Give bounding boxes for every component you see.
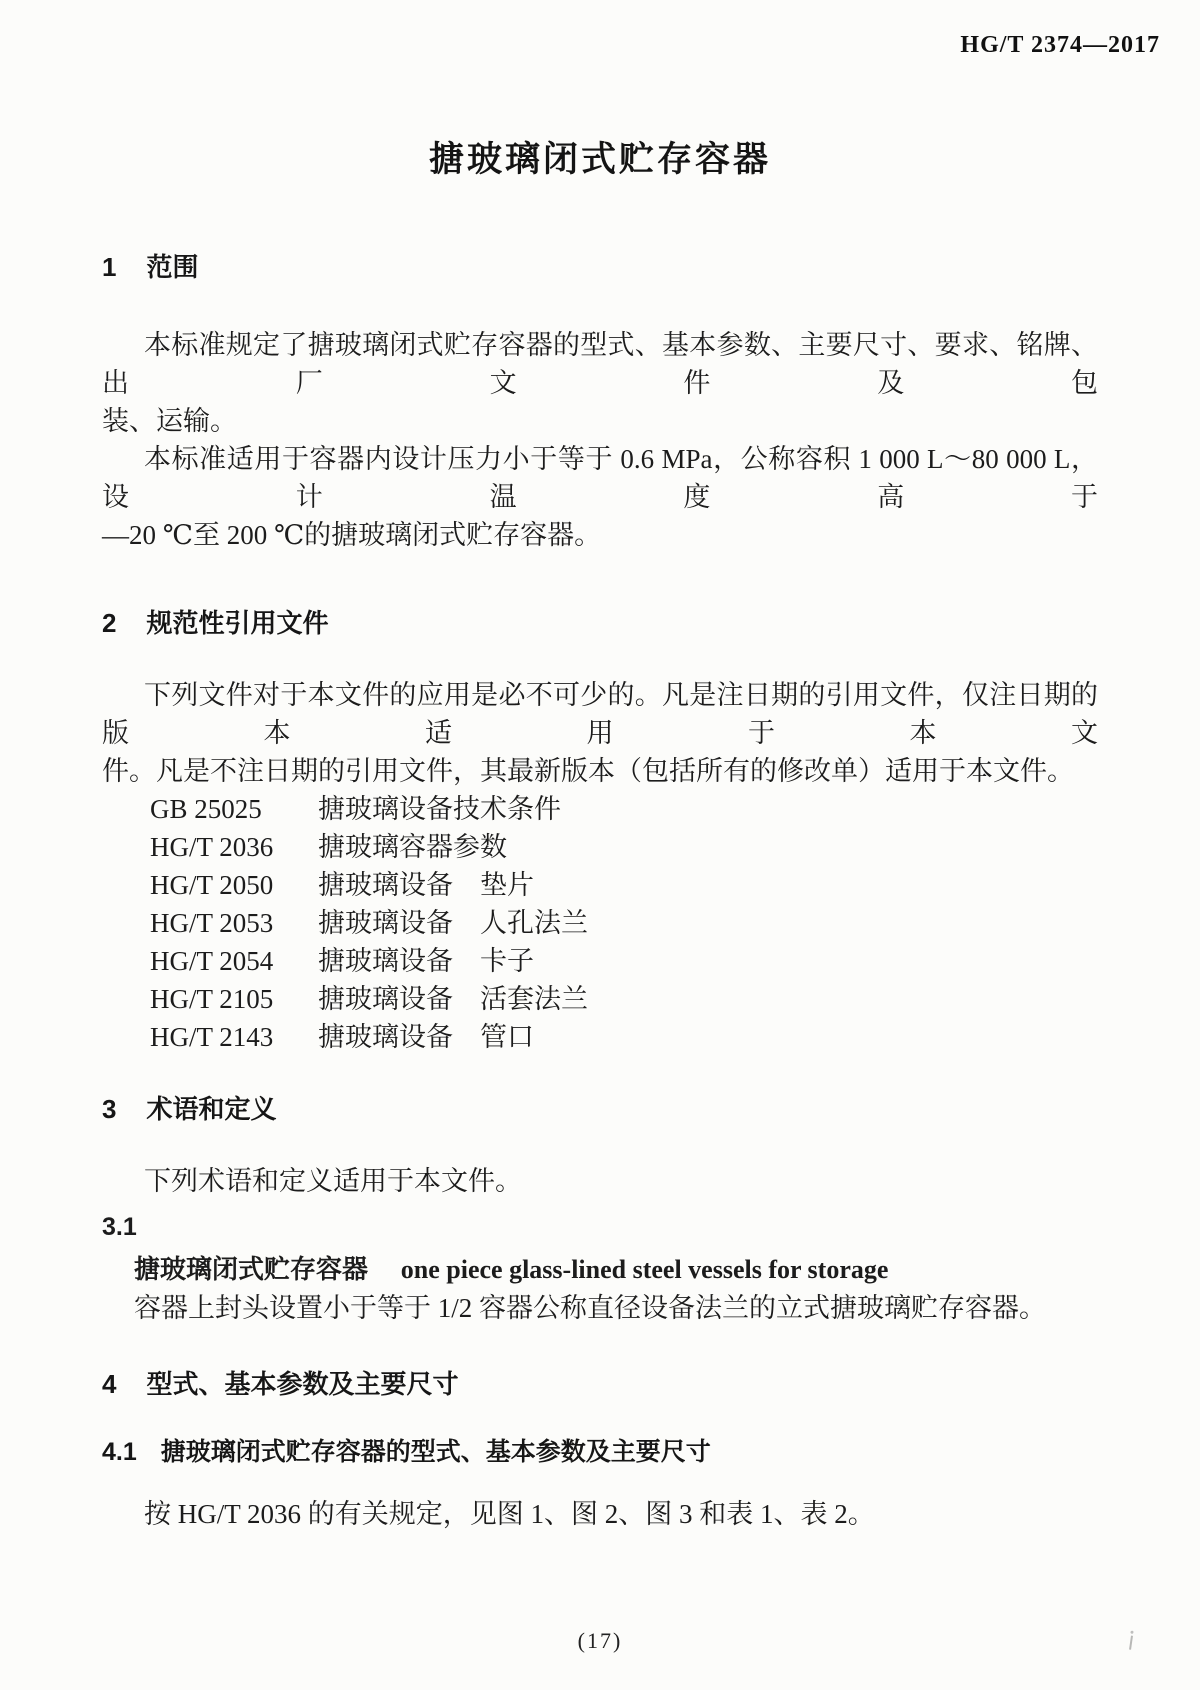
reference-name: 搪玻璃设备 管口 xyxy=(318,1018,534,1056)
page-number: (17) xyxy=(0,1628,1200,1654)
reference-code: HG/T 2054 xyxy=(150,942,318,980)
reference-code: HG/T 2105 xyxy=(150,980,318,1018)
section-3-heading: 3 术语和定义 xyxy=(102,1092,1098,1126)
reference-item: HG/T 2050 搪玻璃设备 垫片 xyxy=(102,866,1098,904)
section-4-paragraph: 按 HG/T 2036 的有关规定，见图 1、图 2、图 3 和表 1、表 2。 xyxy=(102,1495,1098,1533)
section-2-paragraph-1: 下列文件对于本文件的应用是必不可少的。凡是注日期的引用文件，仅注日期的版本适用于… xyxy=(102,676,1098,790)
term-english: one piece glass-lined steel vessels for … xyxy=(401,1255,889,1284)
paragraph-line: 装、运输。 xyxy=(102,402,1098,440)
reference-name: 搪玻璃设备 活套法兰 xyxy=(318,980,588,1018)
section-2-title: 规范性引用文件 xyxy=(146,606,328,640)
term-chinese: 搪玻璃闭式贮存容器 xyxy=(134,1254,368,1284)
reference-item: HG/T 2053 搪玻璃设备 人孔法兰 xyxy=(102,904,1098,942)
section-1-paragraph-1: 本标准规定了搪玻璃闭式贮存容器的型式、基本参数、主要尺寸、要求、铭牌、出厂文件及… xyxy=(102,326,1098,440)
section-4-title: 型式、基本参数及主要尺寸 xyxy=(146,1367,458,1401)
section-2-number: 2 xyxy=(102,606,116,640)
term-definition-text: 容器上封头设置小于等于 1/2 容器公称直径设备法兰的立式搪玻璃贮存容器。 xyxy=(102,1289,1098,1327)
section-3-number: 3 xyxy=(102,1092,116,1126)
document-title: 搪玻璃闭式贮存容器 xyxy=(102,136,1098,184)
section-4-1-heading: 4.1 搪玻璃闭式贮存容器的型式、基本参数及主要尺寸 xyxy=(102,1435,1098,1469)
reference-code: HG/T 2143 xyxy=(150,1018,318,1056)
section-4-heading: 4 型式、基本参数及主要尺寸 xyxy=(102,1367,1098,1401)
page-content: 搪玻璃闭式贮存容器 1 范围 本标准规定了搪玻璃闭式贮存容器的型式、基本参数、主… xyxy=(102,0,1098,1533)
paragraph-line: 本标准适用于容器内设计压力小于等于 0.6 MPa，公称容积 1 000 L～8… xyxy=(102,440,1098,516)
paragraph-line: 本标准规定了搪玻璃闭式贮存容器的型式、基本参数、主要尺寸、要求、铭牌、出厂文件及… xyxy=(102,326,1098,402)
section-4-number: 4 xyxy=(102,1367,116,1401)
reference-item: HG/T 2143 搪玻璃设备 管口 xyxy=(102,1018,1098,1056)
reference-code: HG/T 2053 xyxy=(150,904,318,942)
reference-name: 搪玻璃设备 垫片 xyxy=(318,866,534,904)
paragraph-line: 下列文件对于本文件的应用是必不可少的。凡是注日期的引用文件，仅注日期的版本适用于… xyxy=(102,676,1098,752)
section-4-1-title: 搪玻璃闭式贮存容器的型式、基本参数及主要尺寸 xyxy=(161,1435,711,1469)
section-1-heading: 1 范围 xyxy=(102,250,1098,284)
paragraph-line: 件。凡是不注日期的引用文件，其最新版本（包括所有的修改单）适用于本文件。 xyxy=(102,752,1098,790)
section-3-intro: 下列术语和定义适用于本文件。 xyxy=(102,1162,1098,1200)
reference-item: HG/T 2105 搪玻璃设备 活套法兰 xyxy=(102,980,1098,1018)
reference-code: HG/T 2036 xyxy=(150,828,318,866)
section-4-1-number: 4.1 xyxy=(102,1435,137,1469)
reference-name: 搪玻璃容器参数 xyxy=(318,828,507,866)
reference-item: HG/T 2036 搪玻璃容器参数 xyxy=(102,828,1098,866)
normative-references-list: GB 25025 搪玻璃设备技术条件 HG/T 2036 搪玻璃容器参数 HG/… xyxy=(102,790,1098,1056)
reference-name: 搪玻璃设备 人孔法兰 xyxy=(318,904,588,942)
term-item-number: 3.1 xyxy=(102,1210,1098,1244)
reference-item: GB 25025 搪玻璃设备技术条件 xyxy=(102,790,1098,828)
term-definition-heading: 搪玻璃闭式贮存容器 one piece glass-lined steel ve… xyxy=(102,1250,1098,1289)
section-2-heading: 2 规范性引用文件 xyxy=(102,606,1098,640)
section-1-title: 范围 xyxy=(146,250,198,284)
reference-name: 搪玻璃设备技术条件 xyxy=(318,790,561,828)
section-3-title: 术语和定义 xyxy=(146,1092,276,1126)
paragraph-line: —20 ℃至 200 ℃的搪玻璃闭式贮存容器。 xyxy=(102,516,1098,554)
section-1-paragraph-2: 本标准适用于容器内设计压力小于等于 0.6 MPa，公称容积 1 000 L～8… xyxy=(102,440,1098,554)
section-1-number: 1 xyxy=(102,250,116,284)
reference-item: HG/T 2054 搪玻璃设备 卡子 xyxy=(102,942,1098,980)
reference-code: HG/T 2050 xyxy=(150,866,318,904)
reference-name: 搪玻璃设备 卡子 xyxy=(318,942,534,980)
reference-code: GB 25025 xyxy=(150,790,318,828)
document-page: HG/T 2374—2017 搪玻璃闭式贮存容器 1 范围 本标准规定了搪玻璃闭… xyxy=(0,0,1200,1690)
